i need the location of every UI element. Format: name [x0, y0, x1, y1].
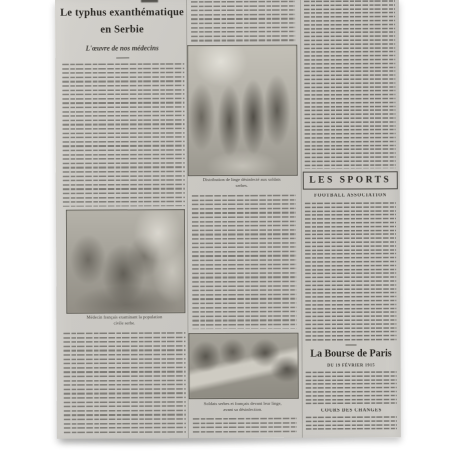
changes-heading: COURS DES CHANGES [306, 408, 397, 413]
photo-medical-exam-image [67, 210, 184, 313]
photo-soldiers-table [188, 333, 298, 399]
body-text-column2-bottom [193, 418, 297, 433]
cropped-rule-fragment [141, 0, 158, 2]
article-headline: Le typhus exanthématique en Serbie [59, 4, 185, 39]
bourse-section-title: La Bourse de Paris [303, 348, 400, 359]
photo-medical-exam-caption: Médecin français examinant la population… [63, 314, 185, 327]
newspaper-page: Le typhus exanthématique en Serbie L'œuv… [55, 0, 401, 439]
caption-line: serbes. [190, 183, 294, 190]
caption-line: avant sa désinfection. [191, 407, 295, 414]
sports-results-text [305, 202, 397, 341]
photo-medical-exam [66, 209, 185, 314]
body-text-column1-top [62, 63, 185, 207]
body-text-column1-bottom [63, 332, 185, 434]
photo-linen-distribution [187, 45, 298, 176]
body-text-column3-top [304, 0, 396, 168]
sports-section-box: LES SPORTS [303, 171, 398, 189]
bourse-body-text [306, 371, 397, 405]
photo-soldiers-table-caption: Soldats serbes et français devant leur l… [191, 401, 295, 414]
photo-linen-distribution-image [188, 46, 297, 175]
bourse-ornament-rule [346, 344, 357, 345]
newspaper-product-photo: Le typhus exanthématique en Serbie L'œuv… [0, 0, 452, 452]
bourse-date-line: DU 19 FÉVRIER 1915 [306, 362, 397, 367]
subtitle-rule [116, 57, 129, 58]
article-headline-line2: en Serbie [59, 21, 185, 39]
column-divider-right [300, 0, 303, 438]
body-text-column2-middle [192, 195, 297, 329]
article-headline-line1: Le typhus exanthématique [59, 4, 185, 22]
body-text-column2-top [191, 1, 295, 43]
photo-soldiers-table-image [189, 334, 297, 398]
caption-line: civile serbe. [63, 320, 185, 327]
football-association-heading: FOOTBALL ASSOCIATION [305, 193, 396, 198]
changes-body-text [306, 416, 397, 430]
photo-linen-distribution-caption: Distribution de linge désinfecté aux sol… [190, 177, 294, 190]
article-subtitle: L'œuvre de nos médecins [59, 44, 185, 53]
sports-section-title: LES SPORTS [309, 175, 391, 185]
